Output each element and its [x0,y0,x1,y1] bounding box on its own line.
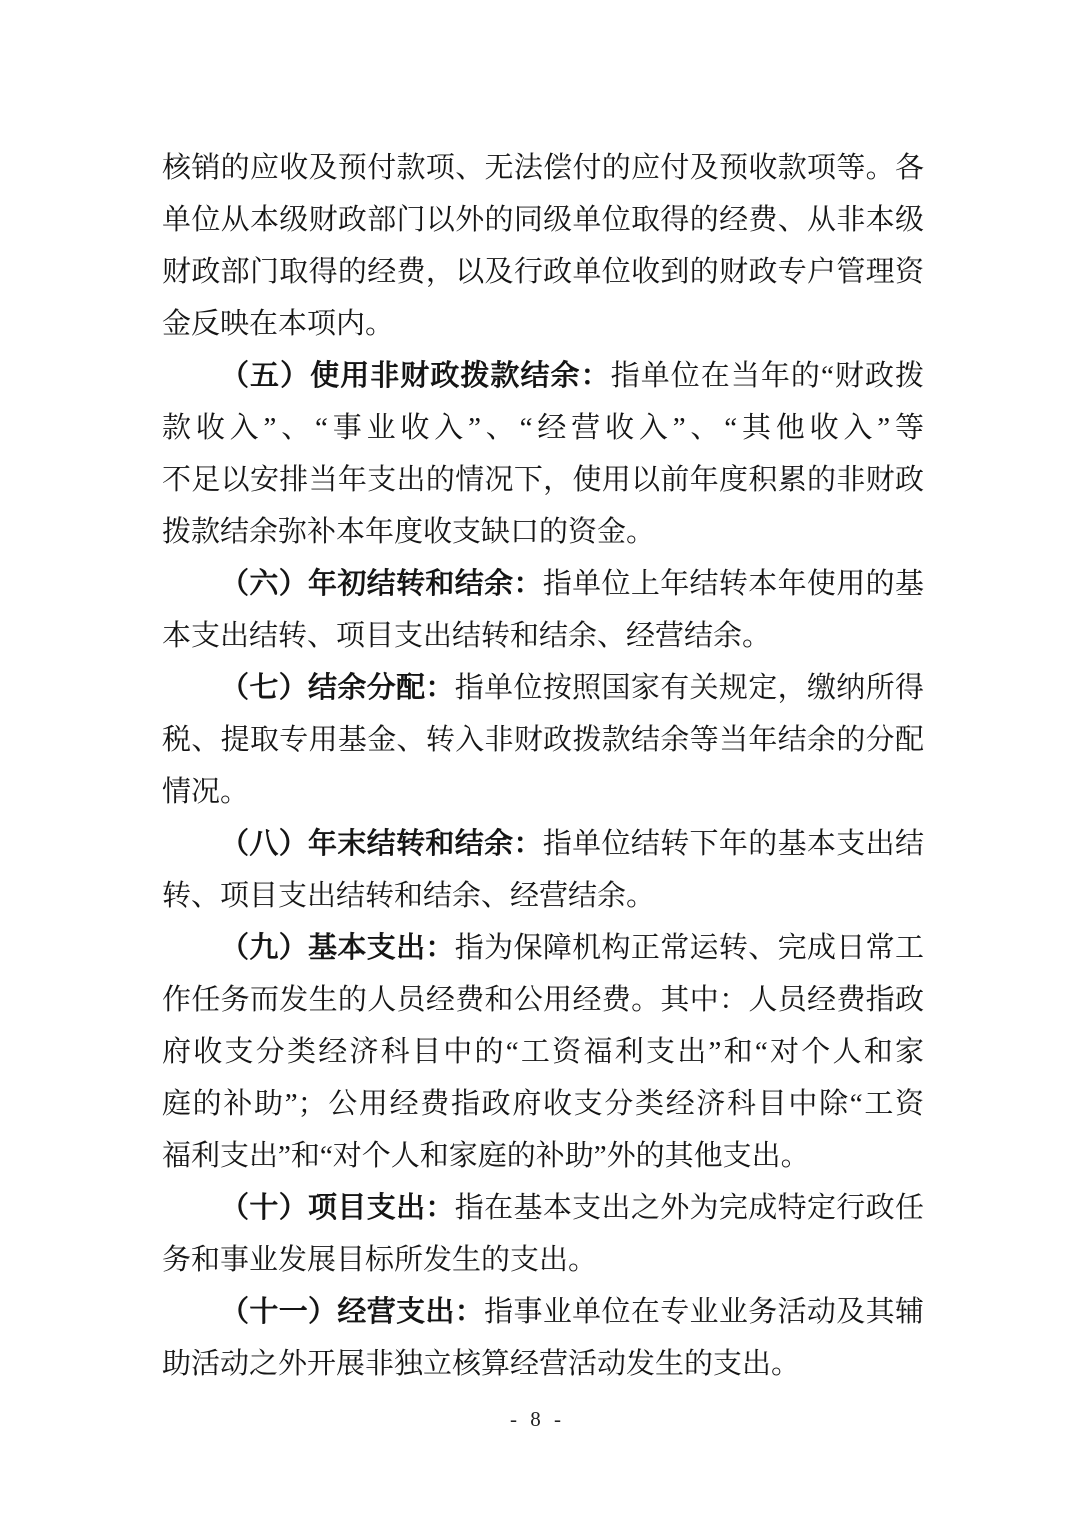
line-text: 助活动之外开展非独立核算经营活动发生的支出。 [162,1348,800,1380]
line-text: 拨款结余弥补本年度收支缺口的资金。 [162,516,655,548]
line-text: 税、提取专用基金、转入非财政拨款结余等当年结余的分配 [162,724,924,756]
text-line: （五）使用非财政拨款结余：指单位在当年的“财政拨 [162,350,924,402]
text-line: 庭的补助”；公用经费指政府收支分类经济科目中除“工资 [162,1078,924,1130]
line-text: 核销的应收及预付款项、无法偿付的应付及预收款项等。各 [162,152,924,184]
page-number: - 8 - [510,1407,565,1431]
text-line: 福利支出”和“对个人和家庭的补助”外的其他支出。 [162,1130,924,1182]
term-heading: （十）项目支出： [220,1192,455,1224]
line-text: 庭的补助”；公用经费指政府收支分类经济科目中除“工资 [162,1088,924,1120]
text-line: （九）基本支出：指为保障机构正常运转、完成日常工 [162,922,924,974]
line-text: 指为保障机构正常运转、完成日常工 [455,932,924,964]
line-text: 本支出结转、项目支出结转和结余、经营结余。 [162,620,771,652]
line-text: 款收入”、“事业收入”、“经营收入”、“其他收入”等 [162,412,924,444]
line-text: 指单位在当年的“财政拨 [611,360,924,392]
line-text: 不足以安排当年支出的情况下，使用以前年度积累的非财政 [162,464,924,496]
line-text: 金反映在本项内。 [162,308,394,340]
text-line: 款收入”、“事业收入”、“经营收入”、“其他收入”等 [162,402,924,454]
line-text: 指事业单位在专业业务活动及其辅 [484,1296,924,1328]
text-line: 拨款结余弥补本年度收支缺口的资金。 [162,506,924,558]
text-line: 本支出结转、项目支出结转和结余、经营结余。 [162,610,924,662]
term-heading: （十一）经营支出： [220,1296,484,1328]
text-line: 单位从本级财政部门以外的同级单位取得的经费、从非本级 [162,194,924,246]
line-text: 单位从本级财政部门以外的同级单位取得的经费、从非本级 [162,204,924,236]
line-text: 指单位按照国家有关规定，缴纳所得 [455,672,924,704]
text-line: 转、项目支出结转和结余、经营结余。 [162,870,924,922]
text-line: （十）项目支出：指在基本支出之外为完成特定行政任 [162,1182,924,1234]
text-line: 助活动之外开展非独立核算经营活动发生的支出。 [162,1338,924,1390]
term-heading: （九）基本支出： [220,932,455,964]
text-line: （八）年末结转和结余：指单位结转下年的基本支出结 [162,818,924,870]
line-text: 作任务而发生的人员经费和公用经费。其中：人员经费指政 [162,984,924,1016]
term-heading: （六）年初结转和结余： [220,568,543,600]
term-heading: （八）年末结转和结余： [220,828,543,860]
text-line: 作任务而发生的人员经费和公用经费。其中：人员经费指政 [162,974,924,1026]
line-text: 指在基本支出之外为完成特定行政任 [455,1192,924,1224]
text-line: 核销的应收及预付款项、无法偿付的应付及预收款项等。各 [162,142,924,194]
line-text: 务和事业发展目标所发生的支出。 [162,1244,597,1276]
line-text: 情况。 [162,776,249,808]
text-line: 务和事业发展目标所发生的支出。 [162,1234,924,1286]
text-line: 财政部门取得的经费，以及行政单位收到的财政专户管理资 [162,246,924,298]
text-line: 府收支分类经济科目中的“工资福利支出”和“对个人和家 [162,1026,924,1078]
text-line: 情况。 [162,766,924,818]
page-footer: - 8 - [0,1402,1075,1436]
line-text: 府收支分类经济科目中的“工资福利支出”和“对个人和家 [162,1036,924,1068]
line-text: 财政部门取得的经费，以及行政单位收到的财政专户管理资 [162,256,924,288]
term-heading: （七）结余分配： [220,672,455,704]
line-text: 指单位上年结转本年使用的基 [543,568,924,600]
line-text: 转、项目支出结转和结余、经营结余。 [162,880,655,912]
text-line: （十一）经营支出：指事业单位在专业业务活动及其辅 [162,1286,924,1338]
text-line: 金反映在本项内。 [162,298,924,350]
line-text: 福利支出”和“对个人和家庭的补助”外的其他支出。 [162,1140,810,1172]
text-line: 税、提取专用基金、转入非财政拨款结余等当年结余的分配 [162,714,924,766]
text-line: （六）年初结转和结余：指单位上年结转本年使用的基 [162,558,924,610]
term-heading: （五）使用非财政拨款结余： [220,360,611,392]
text-line: 不足以安排当年支出的情况下，使用以前年度积累的非财政 [162,454,924,506]
document-text: 核销的应收及预付款项、无法偿付的应付及预收款项等。各单位从本级财政部门以外的同级… [162,142,924,1390]
line-text: 指单位结转下年的基本支出结 [543,828,924,860]
document-page: 核销的应收及预付款项、无法偿付的应付及预收款项等。各单位从本级财政部门以外的同级… [0,0,1075,1520]
text-line: （七）结余分配：指单位按照国家有关规定，缴纳所得 [162,662,924,714]
